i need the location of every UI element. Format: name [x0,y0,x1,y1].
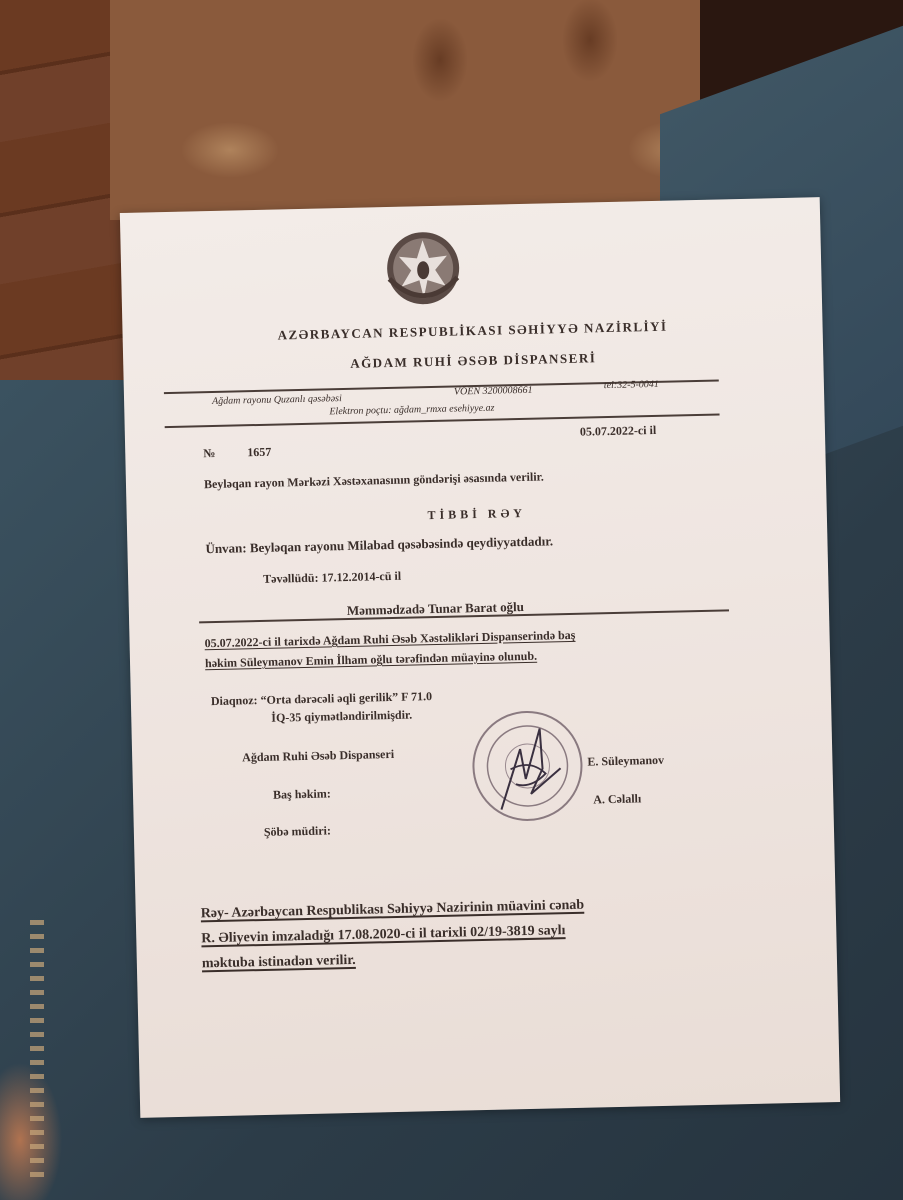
medical-certificate-paper: AZƏRBAYCAN RESPUBLİKASI SƏHİYYƏ NAZİRLİY… [120,197,840,1118]
institution-email: Elektron poçtu: ağdam_rmxa esehiyye.az [329,403,494,418]
footer-line-3: məktuba istinadən verilir. [202,953,356,972]
department-head-name: A. Cəlallı [593,791,641,807]
state-emblem-icon [382,227,464,309]
signature-institution: Ağdam Ruhi Əsəb Dispanseri [242,747,394,765]
patient-address: Ünvan: Beyləqan rayonu Milabad qəsəbəsin… [205,533,553,557]
diagnosis-line-2: İQ-35 qiymətləndirilmişdir. [271,708,412,726]
exam-line-2: həkim Süleymanov Emin İlham oğlu tərəfin… [205,649,537,672]
ministry-header: AZƏRBAYCAN RESPUBLİKASI SƏHİYYƏ NAZİRLİY… [123,315,823,347]
footer-line-1: Rəy- Azərbaycan Respublikası Səhiyyə Naz… [201,898,585,923]
number-label: № [203,446,215,460]
floral-cushion-background [110,0,730,220]
institution-header: AĞDAM RUHİ ƏSƏB DİSPANSERİ [123,345,823,377]
number-value: 1657 [247,445,271,460]
document-title: TİBBİ RƏY [127,499,827,530]
patient-birthdate: Təvəllüdü: 17.12.2014-cü il [263,569,401,587]
institution-address: Ağdam rayonu Quzanlı qəsəbəsi [212,393,342,407]
chief-doctor-name: E. Süleymanov [587,753,664,770]
department-head-label: Şöbə müdiri: [264,823,331,840]
institution-phone: tel:32-5-0041 [604,379,659,391]
chief-doctor-label: Baş həkim: [273,786,331,802]
diagnosis-line-1: Diaqnoz: “Orta dərəcəli əqli gerilik” F … [211,689,432,709]
document-date: 05.07.2022-ci il [580,423,657,440]
blanket-pattern [30,920,44,1180]
exam-line-1: 05.07.2022-ci il tarixdə Ağdam Ruhi Əsəb… [204,628,575,651]
referral-line: Beyləqan rayon Mərkəzi Xəstəxanasının gö… [204,470,544,493]
institution-voen: VÖEN 3200008661 [454,385,533,398]
footer-line-2: R. Əliyevin imzaladığı 17.08.2020-ci il … [201,923,565,947]
document-number: №1657 [203,445,271,462]
official-stamp-icon [469,708,587,826]
